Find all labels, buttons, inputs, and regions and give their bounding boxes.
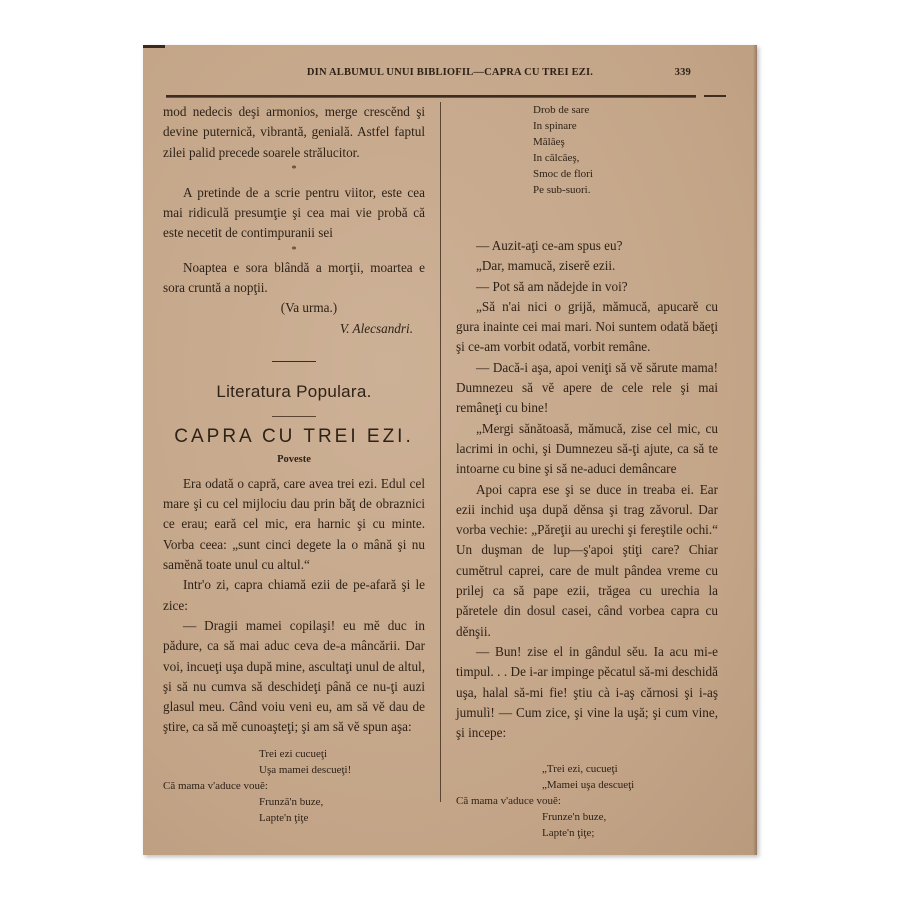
paragraph: „Să n'ai nici o grijă, mămucă, apucarĕ c…: [456, 297, 718, 358]
verse-line: In spinare: [533, 118, 718, 134]
paragraph: — Auzit-aţi ce-am spus eu?: [456, 236, 718, 256]
verse-line: Că mama v'aduce vouĕ:: [163, 778, 425, 794]
asterism: *: [163, 244, 425, 258]
paragraph: „Dar, mamucă, ziserĕ ezii.: [456, 256, 718, 276]
paragraph: Noaptea e sora blândă a morţii, moartea …: [163, 258, 425, 299]
paragraph: — Dacă-i aşa, apoi veniţi să vĕ sărute m…: [456, 358, 718, 419]
paragraph: Intr'o zi, capra chiamă ezii de pe-afară…: [163, 575, 425, 616]
author-signature: V. Alecsandri.: [163, 319, 425, 339]
story-title: CAPRA CU TREI EZI.: [163, 427, 425, 447]
verse-line: „Mamei uşa descueţi: [456, 777, 718, 793]
verse-line: Frunze'n buze,: [456, 809, 718, 825]
verse-block: Drob de sare In spinare Mălăeş In călcăe…: [456, 102, 718, 198]
paragraph: — Pot să am nădejde in voi?: [456, 277, 718, 297]
book-page: DIN ALBUMUL UNUI BIBLIOFIL—CAPRA CU TREI…: [143, 45, 757, 855]
paragraph: A pretinde de a scrie pentru viitor, est…: [163, 183, 425, 244]
story-subtitle: Poveste: [163, 450, 425, 470]
header-rule: [166, 95, 696, 98]
title-divider: [272, 416, 316, 417]
verse-line: Că mama v'aduce vouĕ:: [456, 793, 718, 809]
verse-block: Trei ezi cucueţi Uşa mamei descueţi! Că …: [163, 746, 425, 826]
asterism: *: [163, 163, 425, 177]
right-column: Drob de sare In spinare Mălăeş In călcăe…: [456, 102, 718, 841]
paragraph: „Mergi sănătoasă, mămucă, zise cel mic, …: [456, 419, 718, 480]
verse-line: Uşa mamei descueţi!: [163, 762, 425, 778]
continued-note: (Va urma.): [163, 298, 425, 318]
paragraph: mod nedecis deşi armonios, merge crescĕn…: [163, 102, 425, 163]
paragraph: — Dragii mamei copilaşi! eu mĕ duc in pă…: [163, 616, 425, 738]
verse-line: Drob de sare: [533, 102, 718, 118]
verse-line: In călcăeş,: [533, 150, 718, 166]
running-title: DIN ALBUMUL UNUI BIBLIOFIL—CAPRA CU TREI…: [143, 67, 757, 78]
column-divider: [440, 102, 441, 802]
section-divider: [272, 361, 316, 362]
verse-line: Frunză'n buze,: [163, 794, 425, 810]
verse-line: Trei ezi cucueţi: [163, 746, 425, 762]
header-rule-end: [704, 95, 726, 97]
page-number: 339: [675, 67, 691, 78]
verse-line: Pe sub-suori.: [533, 182, 718, 198]
verse-line: Smoc de flori: [533, 166, 718, 182]
running-head: DIN ALBUMUL UNUI BIBLIOFIL—CAPRA CU TREI…: [143, 67, 757, 83]
verse-line: Mălăeş: [533, 134, 718, 150]
verse-line: Lapte'n ţiţe;: [456, 825, 718, 841]
verse-line: Lapte'n ţiţe: [163, 810, 425, 826]
verse-block: „Trei ezi, cucueţi „Mamei uşa descueţi C…: [456, 761, 718, 841]
verse-line: „Trei ezi, cucueţi: [456, 761, 718, 777]
paragraph: Apoi capra ese şi se duce in treaba ei. …: [456, 480, 718, 642]
left-column: mod nedecis deşi armonios, merge crescĕn…: [163, 102, 425, 826]
paragraph: — Bun! zise el in gândul sĕu. Ia acu mi-…: [456, 642, 718, 743]
section-title: Literatura Populara.: [163, 382, 425, 402]
paragraph: Era odată o capră, care avea trei ezi. E…: [163, 474, 425, 575]
